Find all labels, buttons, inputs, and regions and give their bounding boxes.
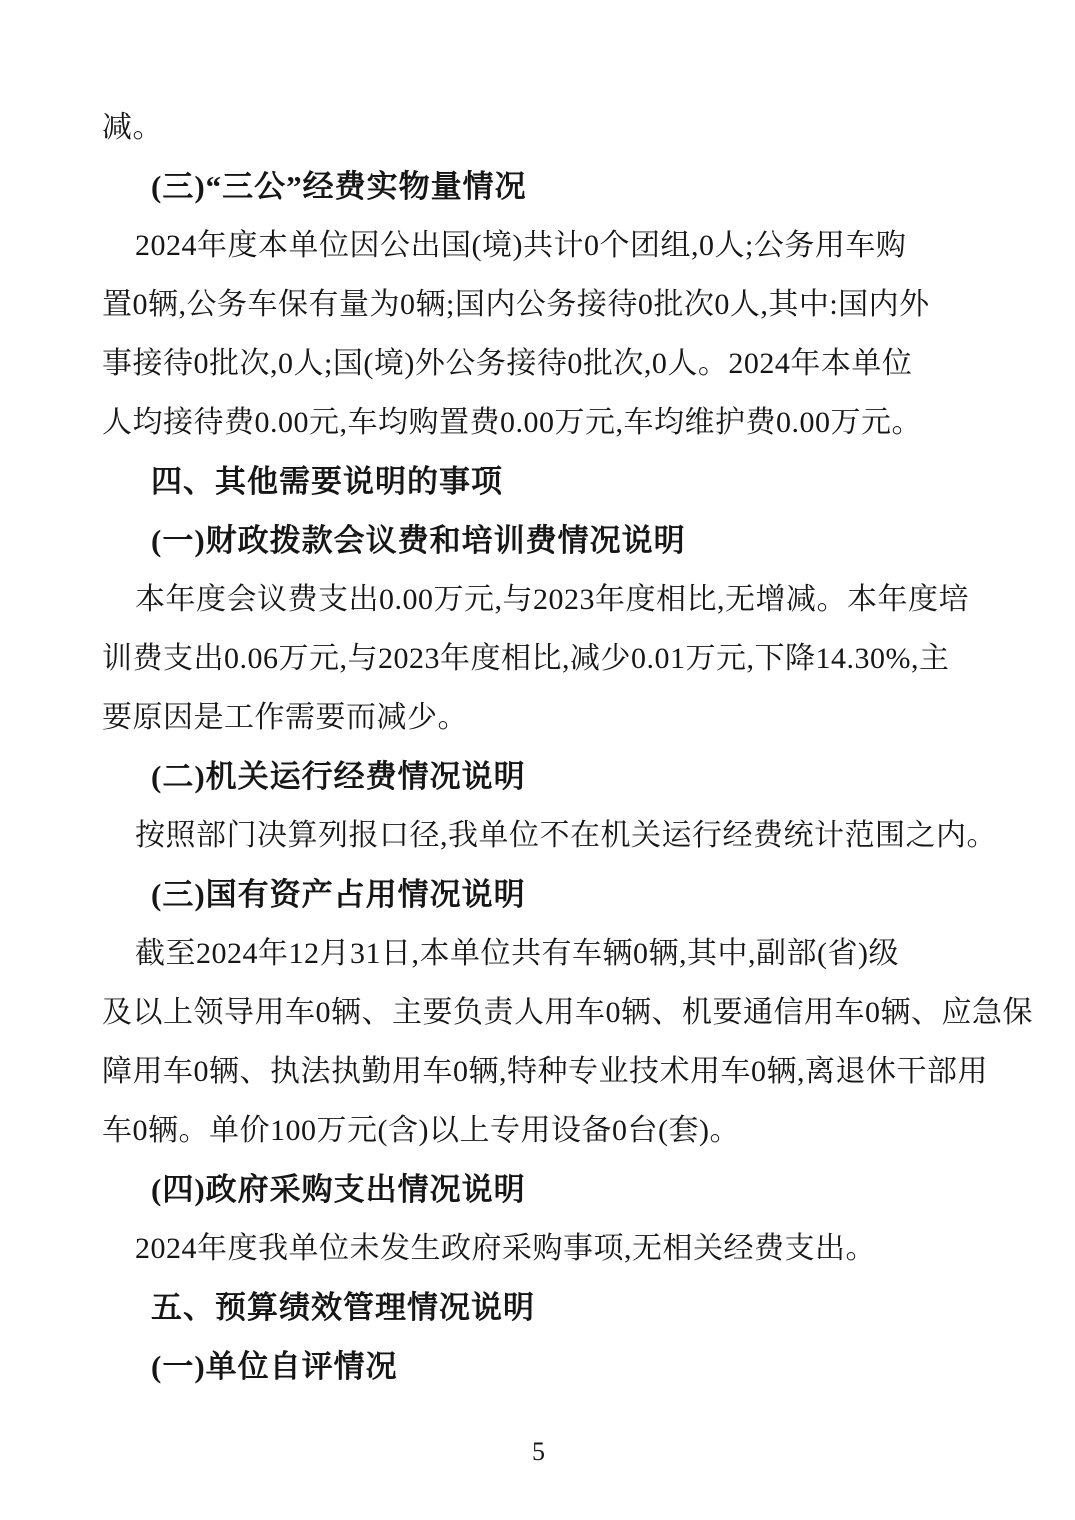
paragraph-line: 2024年度本单位因公出国(境)共计0个团组,0人;公务用车购: [102, 216, 975, 275]
document-page: 减。 (三)“三公”经费实物量情况 2024年度本单位因公出国(境)共计0个团组…: [0, 0, 1075, 1520]
subheading-government-procurement: (四)政府采购支出情况说明: [102, 1160, 975, 1219]
section-heading-four-other-items: 四、其他需要说明的事项: [102, 452, 975, 511]
paragraph-line: 按照部门决算列报口径,我单位不在机关运行经费统计范围之内。: [102, 806, 975, 865]
paragraph-line: 本年度会议费支出0.00万元,与2023年度相比,无增减。本年度培: [102, 570, 975, 629]
paragraph-line: 2024年度我单位未发生政府采购事项,无相关经费支出。: [102, 1219, 975, 1278]
section-heading-five-budget-performance: 五、预算绩效管理情况说明: [102, 1278, 975, 1337]
paragraph-line: 减。: [102, 98, 975, 157]
paragraph-line: 车0辆。单价100万元(含)以上专用设备0台(套)。: [102, 1101, 975, 1160]
subheading-three-public-expenses: (三)“三公”经费实物量情况: [102, 157, 975, 216]
subheading-meeting-training-fees: (一)财政拨款会议费和培训费情况说明: [102, 511, 975, 570]
subheading-state-assets-occupancy: (三)国有资产占用情况说明: [102, 865, 975, 924]
paragraph-line: 置0辆,公务车保有量为0辆;国内公务接待0批次0人,其中:国内外: [102, 275, 975, 334]
paragraph-line: 要原因是工作需要而减少。: [102, 688, 975, 747]
subheading-agency-operation-funds: (二)机关运行经费情况说明: [102, 747, 975, 806]
paragraph-line: 事接待0批次,0人;国(境)外公务接待0批次,0人。2024年本单位: [102, 334, 975, 393]
paragraph-line: 训费支出0.06万元,与2023年度相比,减少0.01万元,下降14.30%,主: [102, 629, 975, 688]
paragraph-line: 截至2024年12月31日,本单位共有车辆0辆,其中,副部(省)级: [102, 924, 975, 983]
subheading-self-evaluation: (一)单位自评情况: [102, 1337, 975, 1396]
paragraph-line: 人均接待费0.00元,车均购置费0.00万元,车均维护费0.00万元。: [102, 393, 975, 452]
paragraph-line: 障用车0辆、执法执勤用车0辆,特种专业技术用车0辆,离退休干部用: [102, 1042, 975, 1101]
paragraph-line: 及以上领导用车0辆、主要负责人用车0辆、机要通信用车0辆、应急保: [102, 983, 975, 1042]
page-number: 5: [102, 1422, 975, 1481]
